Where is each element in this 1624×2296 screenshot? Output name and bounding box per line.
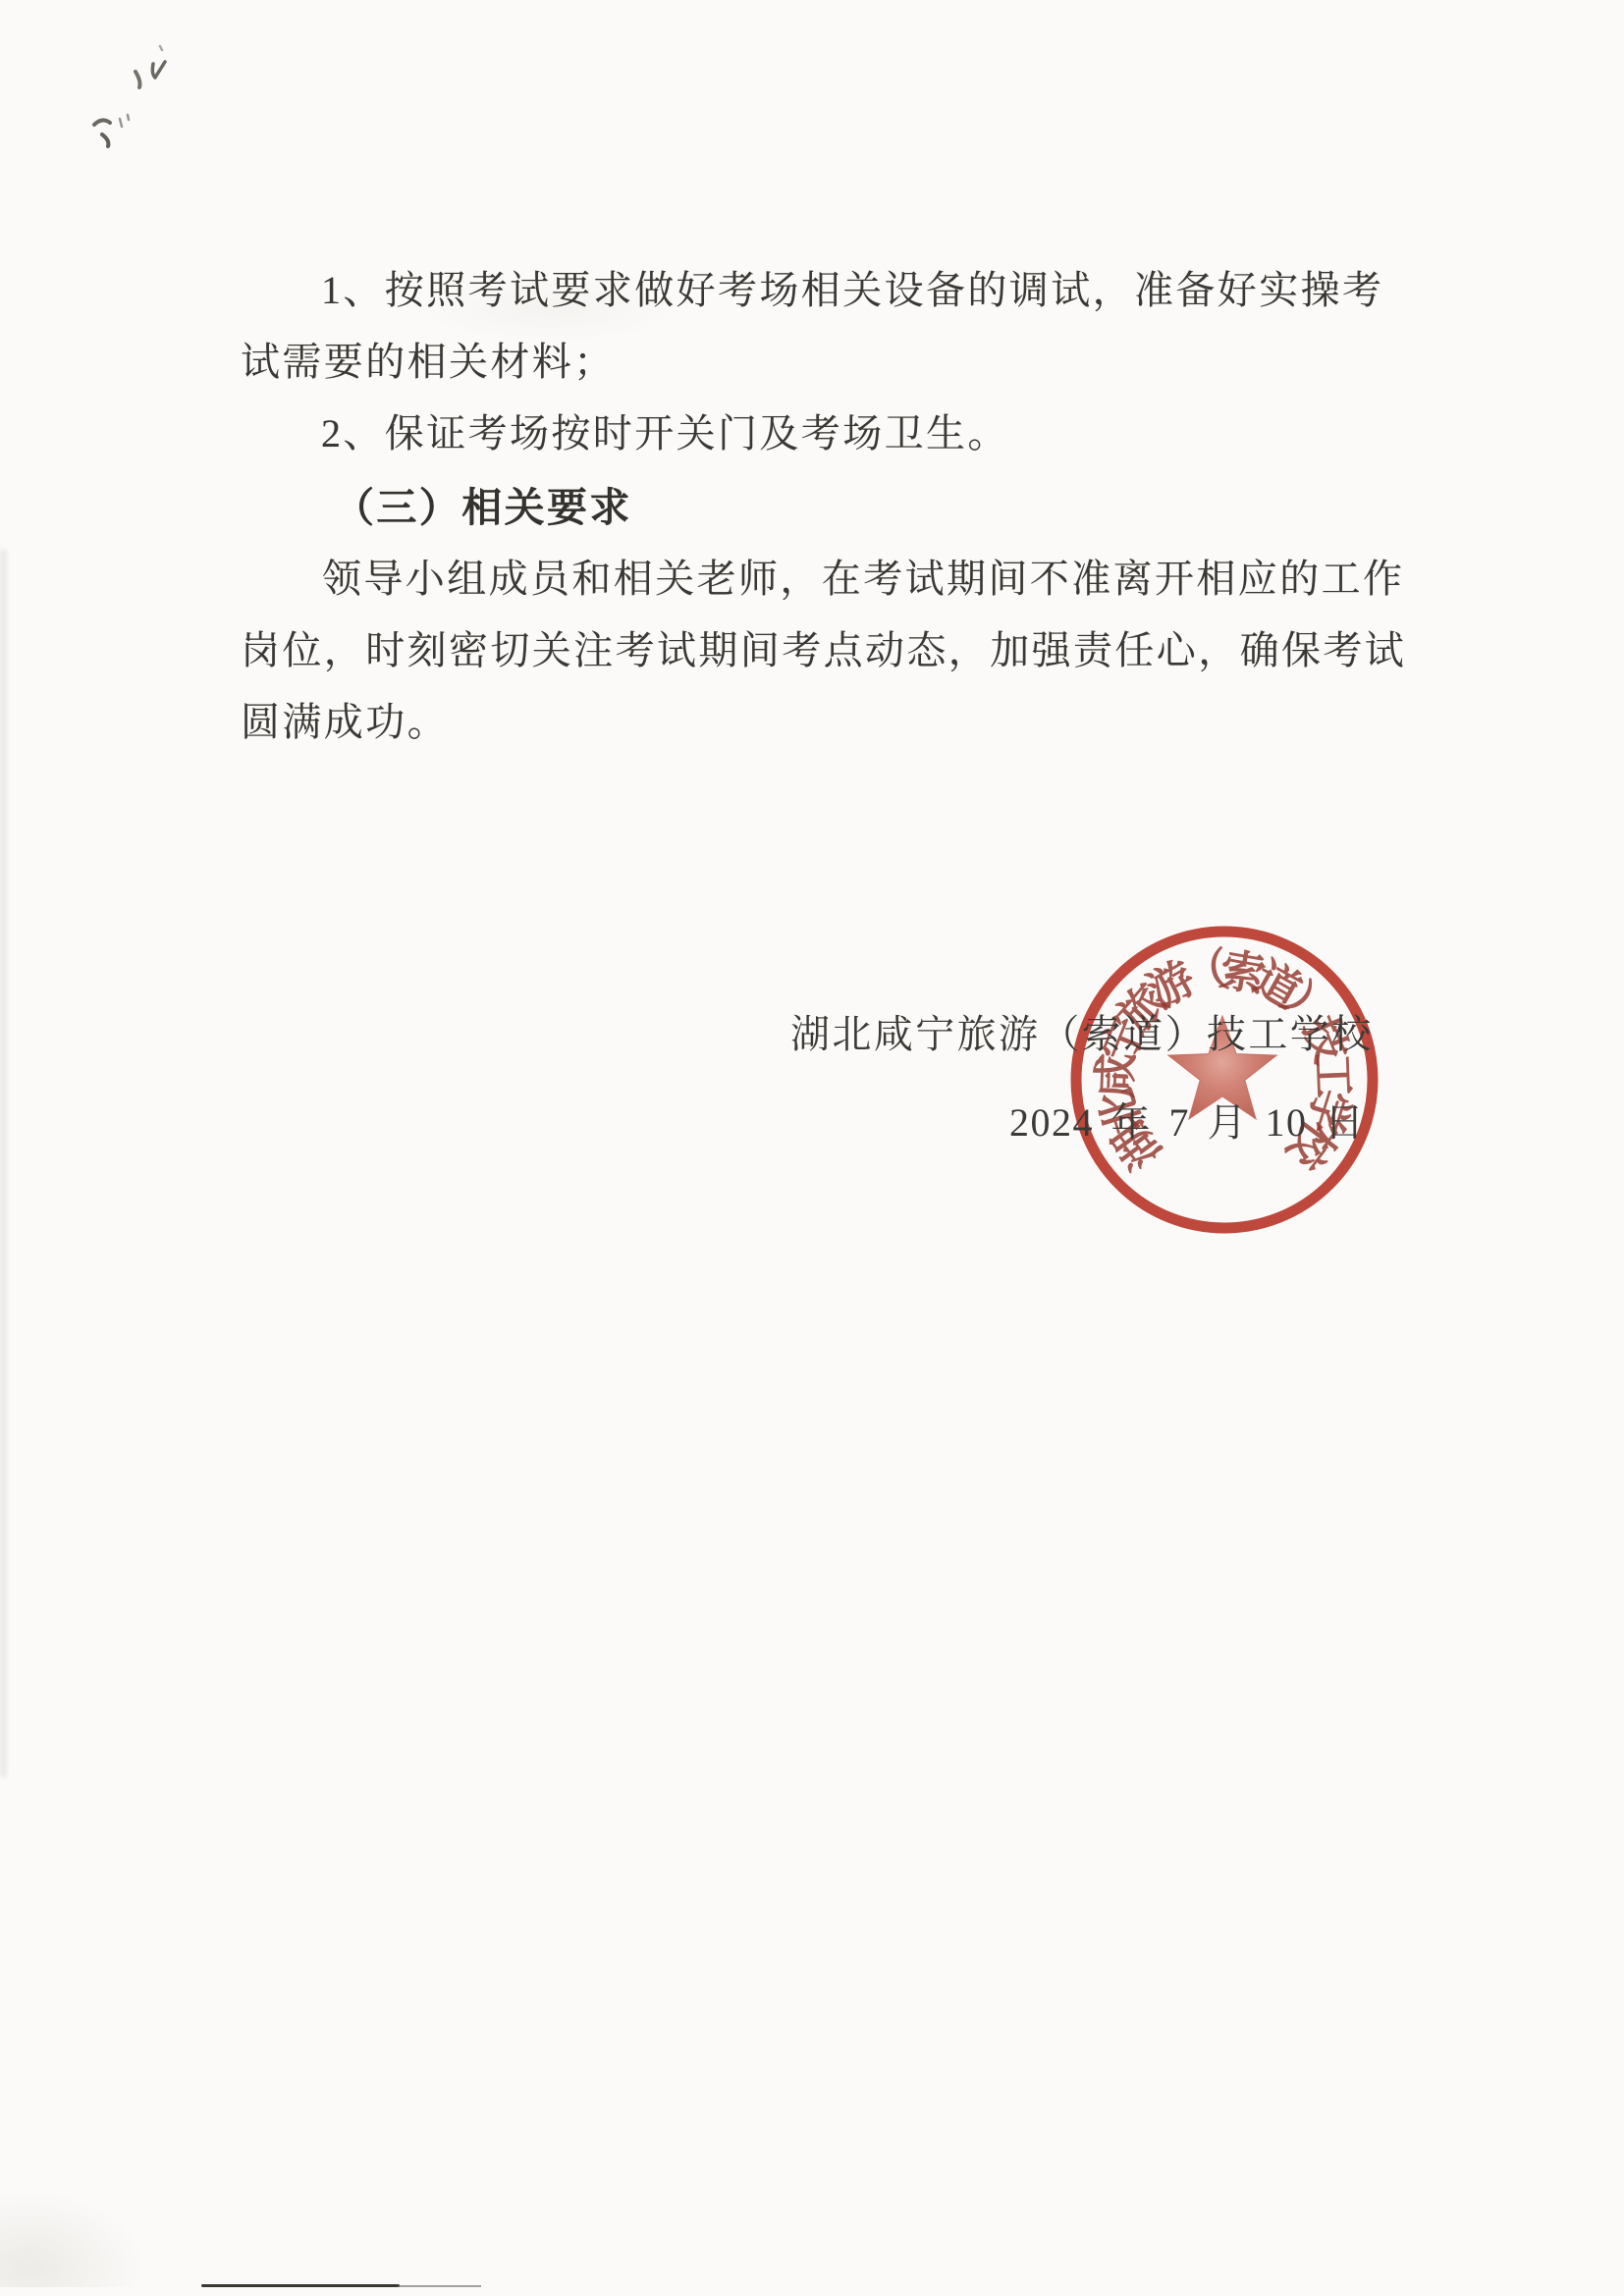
section-heading: （三）相关要求 [334, 475, 632, 533]
body-line: 领导小组成员和相关老师，在考试期间不准离开相应的工作 [322, 548, 1404, 604]
official-seal: 湖北咸宁旅游（索道）技工学校 [1062, 918, 1386, 1242]
body-line: 圆满成功。 [241, 691, 449, 747]
body-line: 2、保证考场按时开关门及考场卫生。 [321, 402, 1009, 458]
pen-scribble-mark [59, 25, 216, 182]
body-line: 试需要的相关材料； [241, 331, 616, 387]
scan-bottom-edge-artifact-tail [398, 2285, 481, 2287]
scan-corner-smudge [0, 2189, 147, 2287]
body-line: 岗位，时刻密切关注考试期间考点动态，加强责任心，确保考试 [241, 619, 1406, 675]
document-page: 1、按照考试要求做好考场相关设备的调试，准备好实操考 试需要的相关材料； 2、保… [0, 0, 1624, 2296]
body-line: 1、按照考试要求做好考场相关设备的调试，准备好实操考 [321, 259, 1383, 315]
signature-org: 湖北咸宁旅游（索道）技工学校 [790, 1003, 1374, 1059]
scan-bottom-edge-artifact [201, 2284, 400, 2287]
signature-date: 2024 年 7 月 10 日 [1009, 1092, 1366, 1148]
scan-edge-smudge [0, 550, 7, 1777]
